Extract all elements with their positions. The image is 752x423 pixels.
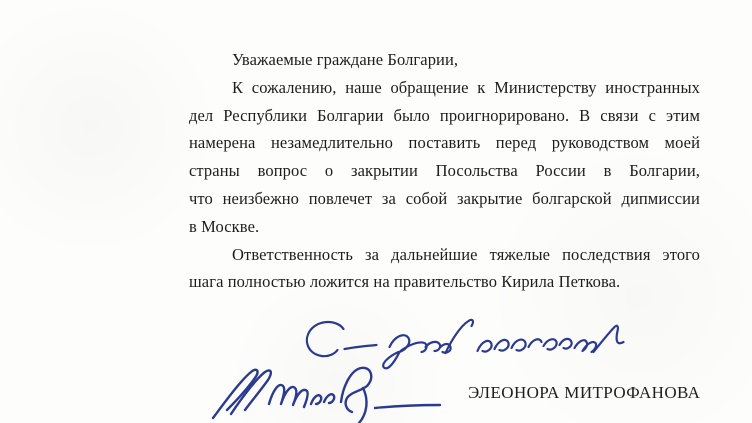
paragraph-1-line-3: намерена незамедлительно поставить перед… — [189, 129, 700, 157]
paragraph-1-line-4: страны вопрос о закрытии Посольства Росс… — [189, 157, 700, 185]
letter-page: Уважаемые граждане Болгарии, К сожалению… — [0, 0, 752, 423]
salutation: Уважаемые граждане Болгарии, — [189, 46, 700, 74]
letter-body: Уважаемые граждане Болгарии, К сожалению… — [189, 46, 700, 296]
handwritten-signature — [205, 358, 450, 423]
signatory-name: ЭЛЕОНОРА МИТРОФАНОВА — [468, 383, 700, 403]
paragraph-2-line-2: шага полностью ложится на правительство … — [189, 268, 700, 296]
paragraph-1-line-6: в Москве. — [189, 213, 700, 241]
paragraph-1-line-1: К сожалению, наше обращение к Министерст… — [189, 74, 700, 102]
paragraph-1-line-5: что неизбежно повлечет за собой закрытие… — [189, 185, 700, 213]
paragraph-2-line-1: Ответственность за дальнейшие тяжелые по… — [189, 241, 700, 269]
paragraph-1-line-2: дел Республики Болгарии было проигнориро… — [189, 102, 700, 130]
